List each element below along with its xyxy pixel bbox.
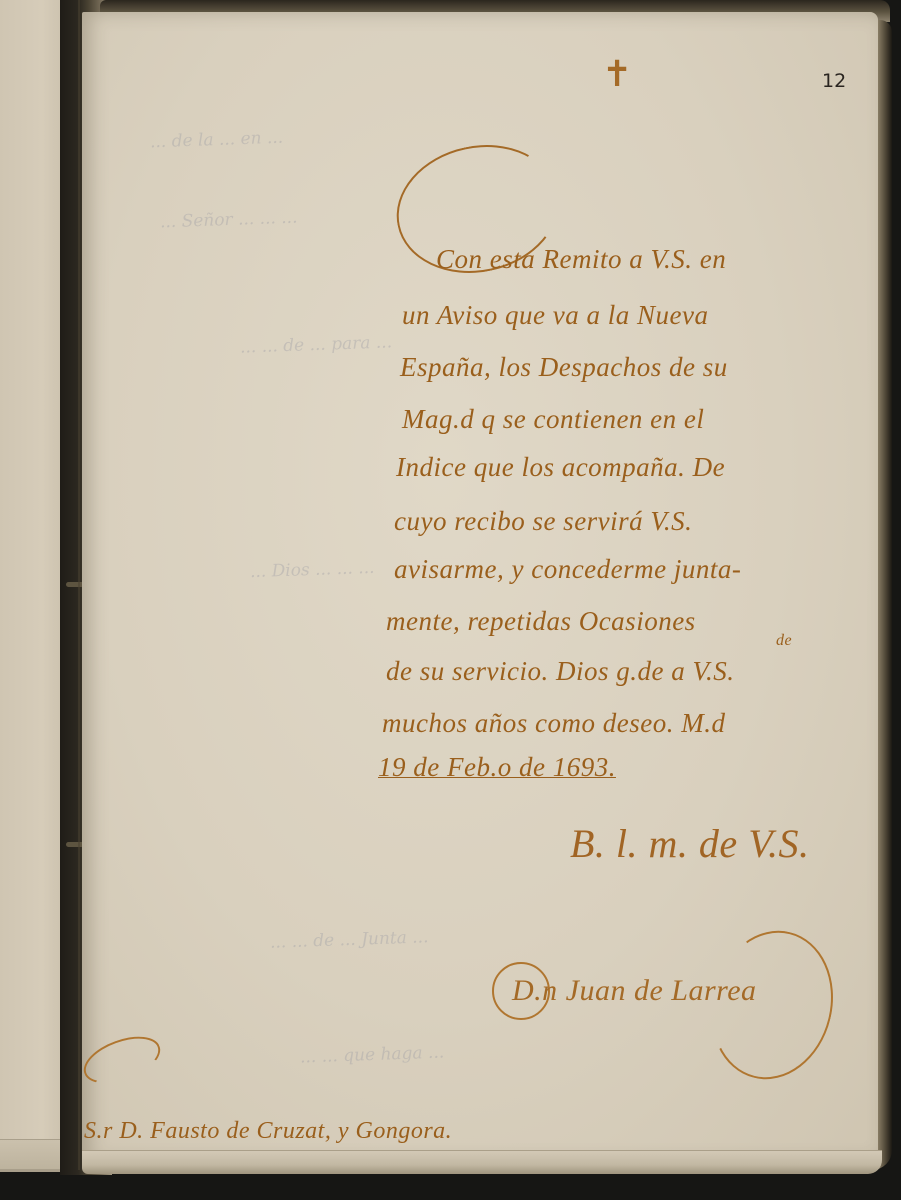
page-stack-bottom-edge [82,1150,882,1174]
letter-line-4: Mag.d q se contienen en el [402,404,704,435]
signature: D.n Juan de Larrea [512,974,757,1008]
letter-line-2: un Aviso que va a la Nueva [402,300,708,331]
letter-line-6: cuyo recibo se servirá V.S. [394,506,692,537]
binding-stitch-line [78,0,80,1170]
cross-mark-icon: ✝ [602,54,632,95]
addressee: S.r D. Fausto de Cruzat, y Gongora. [84,1118,452,1145]
letter-date-line: 19 de Feb.o de 1693. [378,752,616,783]
letter-line-1: Con esta Remito a V.S. en [436,244,726,275]
letter-line-3: España, los Despachos de su [400,352,728,383]
letter-line-10: muchos años como deseo. M.d [382,708,725,739]
letter-line-5: Indice que los acompaña. De [396,452,725,483]
letter-line-9: de su servicio. Dios g.de a V.S. [386,656,734,687]
letter-line-8: mente, repetidas Ocasiones [386,606,696,637]
valediction: B. l. m. de V.S. [570,820,809,867]
manuscript-photo: ... de la ... en ... ... Señor ... ... .… [0,0,901,1200]
folio-number: 12 [822,70,846,92]
interlinear-note: de [776,632,792,650]
letter-line-7: avisarme, y concederme junta- [394,554,741,585]
